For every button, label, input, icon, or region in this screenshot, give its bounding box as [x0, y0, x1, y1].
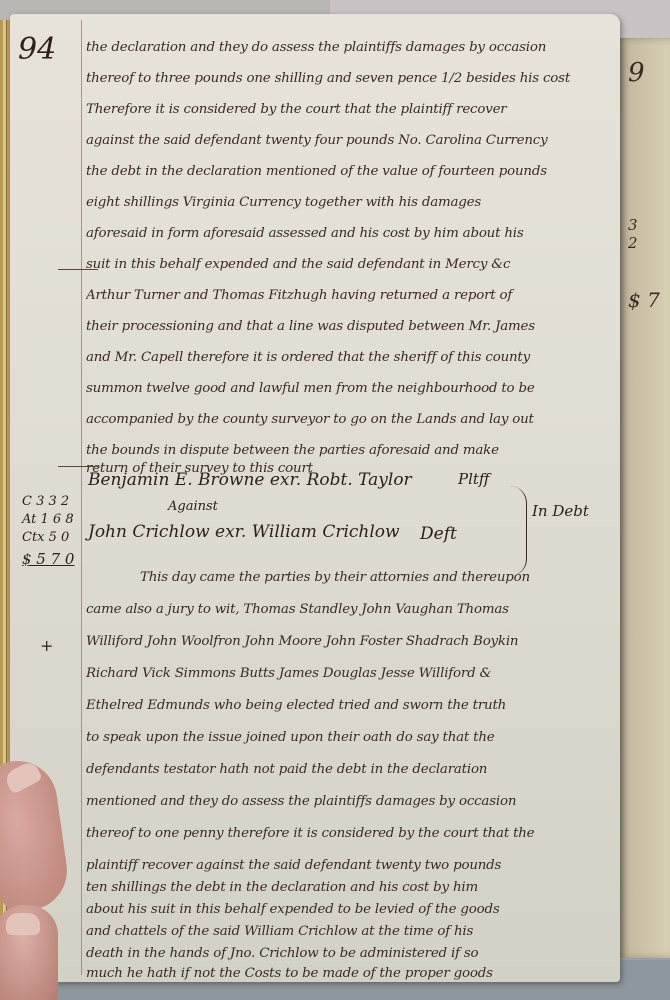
- fee-total: $ 5 7 0: [22, 550, 74, 568]
- text-line: the declaration and they do assess the p…: [86, 40, 606, 55]
- text-line: This day came the parties by their attor…: [140, 570, 606, 585]
- text-line: the debt in the declaration mentioned of…: [86, 164, 606, 179]
- text-line: came also a jury to wit, Thomas Standley…: [86, 602, 606, 617]
- text-line: aforesaid in form aforesaid assessed and…: [86, 226, 606, 241]
- text-line: Arthur Turner and Thomas Fitzhugh having…: [86, 288, 606, 303]
- plaintiff-label: Pltff: [458, 470, 490, 488]
- facing-margin-note: 3: [628, 216, 638, 234]
- facing-margin-note: $ 7: [628, 288, 660, 312]
- facing-margin-note: 2: [628, 234, 638, 252]
- caption-brace: [510, 486, 527, 576]
- text-line: and chattels of the said William Crichlo…: [86, 924, 606, 939]
- text-line: death in the hands of Jno. Crichlow to b…: [86, 946, 606, 961]
- facing-page: 9 3 2 $ 7: [618, 38, 670, 958]
- fee-line: At 1 6 8: [22, 512, 74, 527]
- text-line: Williford John Woolfron John Moore John …: [86, 634, 606, 649]
- text-line: Richard Vick Simmons Butts James Douglas…: [86, 666, 606, 681]
- thumbnail: [6, 913, 40, 935]
- defendant-name: John Crichlow exr. William Crichlow: [88, 522, 400, 542]
- text-line: mentioned and they do assess the plainti…: [86, 794, 606, 809]
- margin-rule: [81, 20, 82, 975]
- text-line: thereof to one penny therefore it is con…: [86, 826, 606, 841]
- text-line: thereof to three pounds one shilling and…: [86, 71, 606, 86]
- text-line: eight shillings Virginia Currency togeth…: [86, 195, 606, 210]
- fee-line: Ctx 5 0: [22, 530, 69, 545]
- holding-thumb: [0, 905, 58, 1000]
- entry-separator: [58, 466, 98, 467]
- text-line: Therefore it is considered by the court …: [86, 102, 606, 117]
- text-line: suit in this behalf expended and the sai…: [86, 257, 606, 272]
- document-page: 94 the declaration and they do assess th…: [10, 14, 620, 982]
- text-line: about his suit in this behalf expended t…: [86, 902, 606, 917]
- facing-page-number: 9: [628, 58, 645, 88]
- text-line: defendants testator hath not paid the de…: [86, 762, 606, 777]
- text-line: Ethelred Edmunds who being elected tried…: [86, 698, 606, 713]
- fee-line: C 3 3 2: [22, 494, 69, 509]
- entry-separator: [58, 269, 98, 270]
- text-line: the bounds in dispute between the partie…: [86, 443, 606, 458]
- text-line: against the said defendant twenty four p…: [86, 133, 606, 148]
- text-line: and Mr. Capell therefore it is ordered t…: [86, 350, 606, 365]
- text-line: summon twelve good and lawful men from t…: [86, 381, 606, 396]
- defendant-label: Deft: [420, 524, 457, 544]
- page-number: 94: [18, 32, 56, 67]
- versus-label: Against: [168, 499, 218, 514]
- text-line: ten shillings the debt in the declaratio…: [86, 880, 606, 895]
- text-line: their processioning and that a line was …: [86, 319, 606, 334]
- action-type: In Debt: [532, 502, 589, 520]
- text-line: plaintiff recover against the said defen…: [86, 858, 606, 873]
- text-line: to speak upon the issue joined upon thei…: [86, 730, 606, 745]
- text-line: much he hath if not the Costs to be made…: [86, 966, 606, 981]
- plaintiff-name: Benjamin E. Browne exr. Robt. Taylor: [88, 470, 412, 490]
- margin-cross-mark: +: [40, 636, 53, 655]
- text-line: accompanied by the county surveyor to go…: [86, 412, 606, 427]
